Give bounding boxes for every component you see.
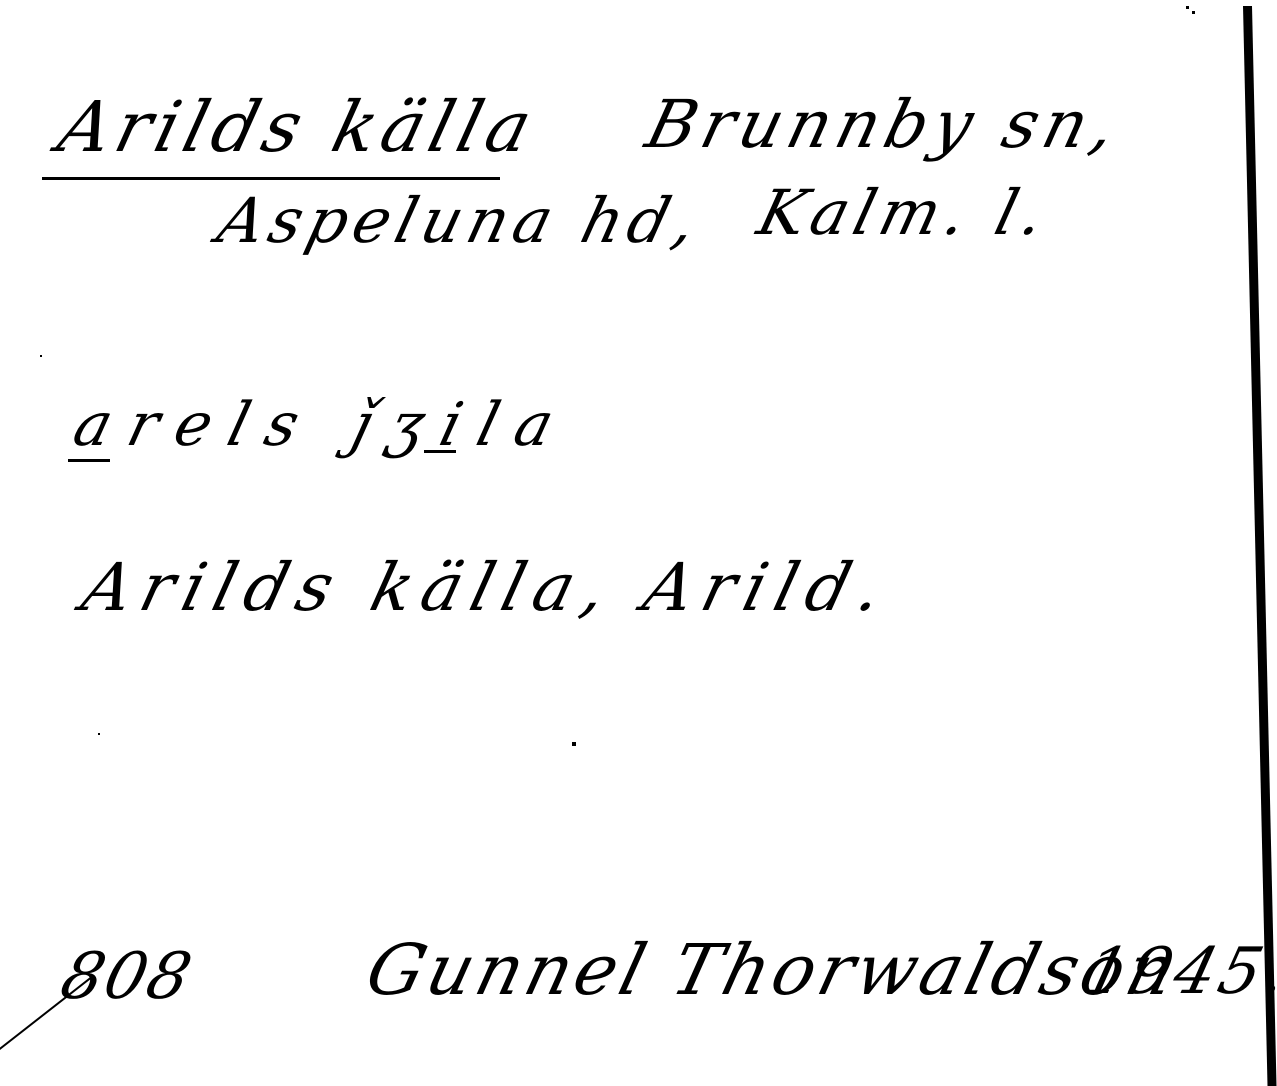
scan-speck bbox=[40, 355, 42, 357]
scan-edge-border bbox=[1243, 6, 1277, 1086]
year: 1945. bbox=[1078, 940, 1277, 1004]
card-number: 808 bbox=[55, 945, 199, 1009]
scan-speck bbox=[98, 733, 100, 735]
scan-speck bbox=[1192, 11, 1195, 14]
county: Kalm. l. bbox=[752, 182, 1056, 244]
standard-form: Arilds källa, Arild. bbox=[76, 555, 899, 621]
ink-speck bbox=[572, 742, 576, 746]
parish: Brunnby sn, bbox=[640, 92, 1128, 158]
place-name-underline bbox=[42, 177, 500, 180]
scan-speck bbox=[1186, 6, 1189, 9]
collector-signature: Gunnel Thorwaldson bbox=[360, 935, 1186, 1005]
document-card: Arilds källa Brunnby sn, Aspeluna hd, Ka… bbox=[0, 0, 1277, 1086]
phonetic-stress-mark-2 bbox=[424, 450, 456, 453]
place-name: Arilds källa bbox=[52, 92, 544, 162]
phonetic-transcription: arels ǰʒila bbox=[68, 395, 577, 455]
hundred: Aspeluna hd, bbox=[212, 190, 708, 252]
phonetic-stress-mark-1 bbox=[68, 459, 110, 462]
